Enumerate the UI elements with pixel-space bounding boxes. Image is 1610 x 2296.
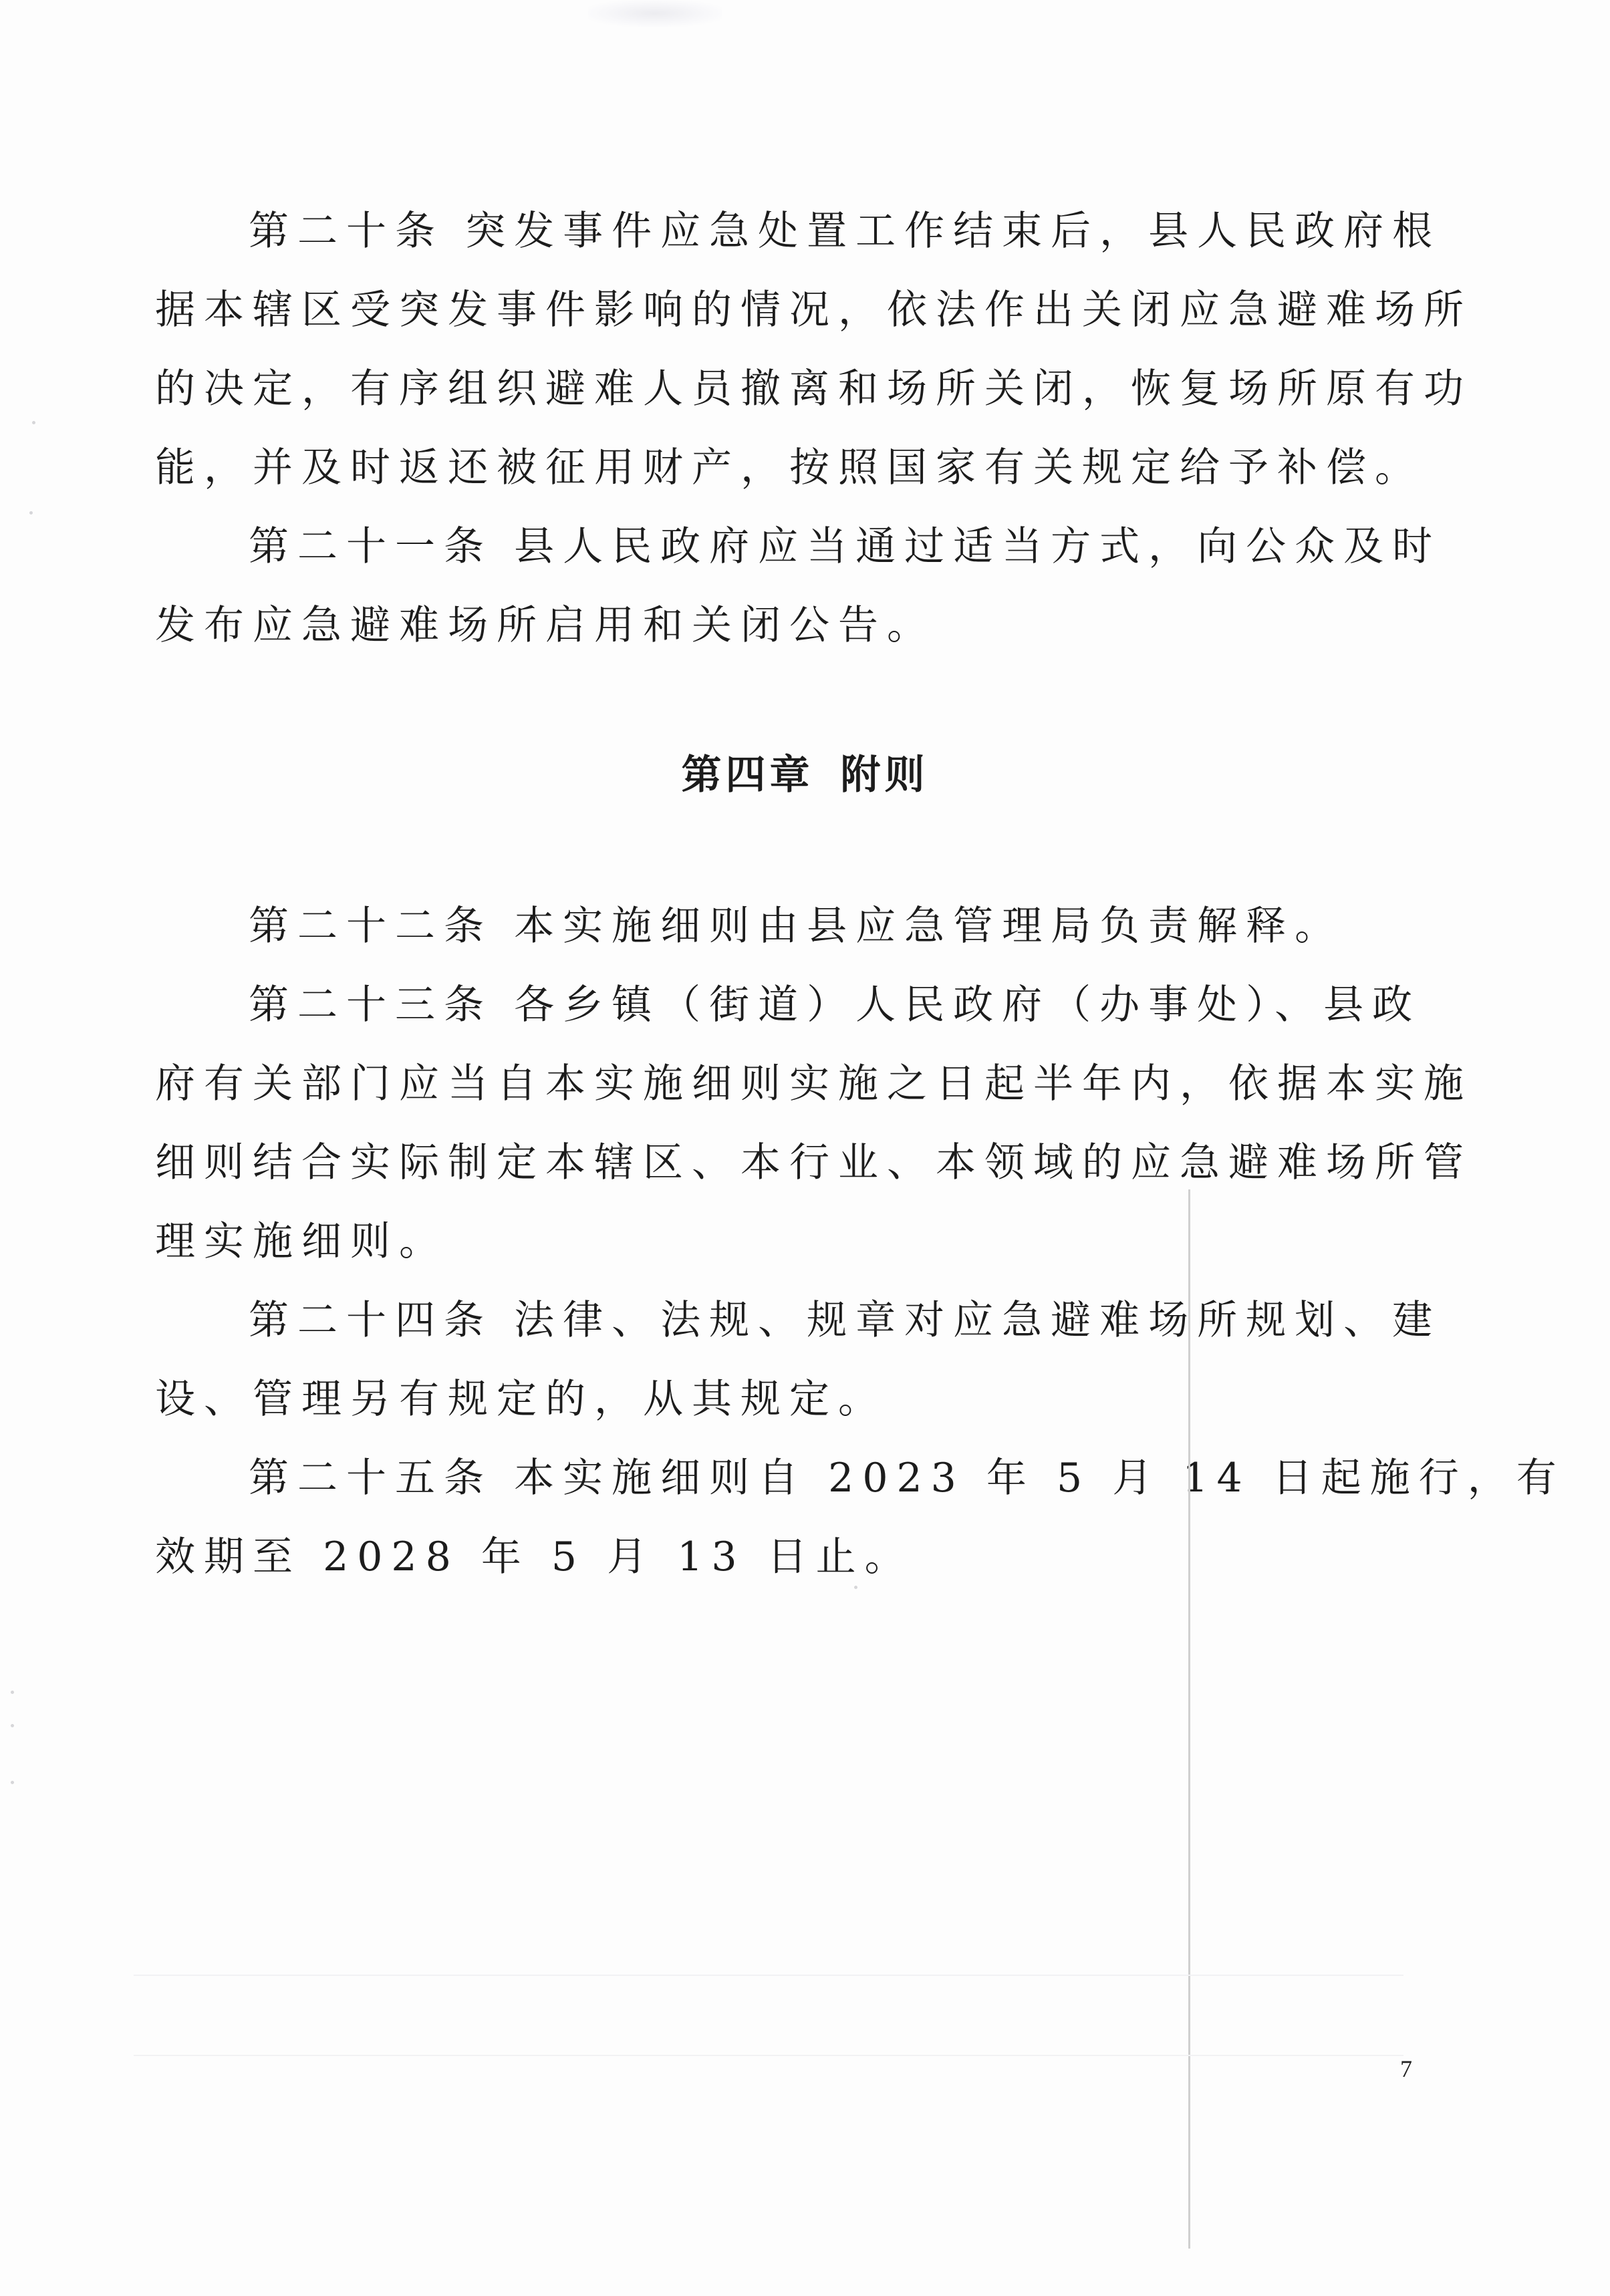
article-24-line-1: 第二十四条 法律、法规、规章对应急避难场所规划、建 (249, 1294, 1418, 1347)
document-page: 第二十条 突发事件应急处置工作结束后，县人民政府根 据本辖区受突发事件影响的情况… (0, 0, 1610, 2296)
scan-artifact (588, 0, 722, 27)
page-number: 7 (1400, 2055, 1412, 2083)
scan-speck (11, 1781, 14, 1784)
chapter-title: 附则 (841, 752, 929, 799)
article-22-line-1: 第二十二条 本实施细则由县应急管理局负责解释。 (249, 899, 1418, 953)
article-20-line-1: 第二十条 突发事件应急处置工作结束后，县人民政府根 (249, 204, 1418, 258)
scan-fold-line (1188, 1189, 1190, 2249)
bleed-through-rule (134, 1975, 1403, 1976)
article-20-line-3: 的决定，有序组织避难人员撤离和场所关闭，恢复场所原有功 (155, 362, 1418, 416)
article-21-line-2: 发布应急避难场所启用和关闭公告。 (155, 599, 1418, 652)
article-23-line-1: 第二十三条 各乡镇（街道）人民政府（办事处）、县政 (249, 978, 1418, 1032)
scan-speck (854, 1586, 857, 1589)
article-23-line-3: 细则结合实际制定本辖区、本行业、本领域的应急避难场所管 (155, 1136, 1418, 1189)
scan-speck (11, 1691, 14, 1694)
scan-speck (32, 421, 35, 424)
article-23-line-2: 府有关部门应当自本实施细则实施之日起半年内，依据本实施 (155, 1057, 1418, 1111)
chapter-number: 第四章 (682, 752, 814, 799)
article-23-line-4: 理实施细则。 (155, 1215, 1418, 1268)
article-25-line-2: 效期至 2028 年 5 月 13 日止。 (155, 1530, 1418, 1584)
article-25-line-1: 第二十五条 本实施细则自 2023 年 5 月 14 日起施行，有 (249, 1451, 1418, 1505)
scan-speck (29, 511, 33, 515)
article-21-line-1: 第二十一条 县人民政府应当通过适当方式，向公众及时 (249, 520, 1418, 573)
article-20-line-4: 能，并及时返还被征用财产，按照国家有关规定给予补偿。 (155, 441, 1418, 494)
scan-speck (11, 1724, 14, 1727)
chapter-heading: 第四章附则 (0, 748, 1610, 802)
article-24-line-2: 设、管理另有规定的，从其规定。 (155, 1373, 1418, 1426)
bleed-through-rule (134, 2055, 1403, 2056)
article-20-line-2: 据本辖区受突发事件影响的情况，依法作出关闭应急避难场所 (155, 283, 1418, 337)
